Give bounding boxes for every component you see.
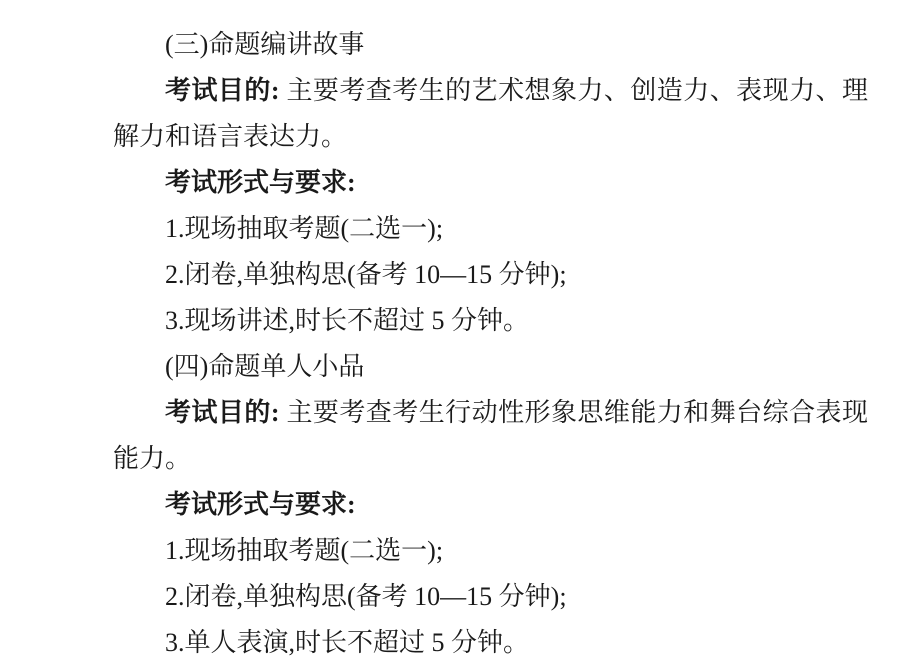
section-4-format-label: 考试形式与要求: [113, 482, 868, 528]
section-4-item-1: 1.现场抽取考题(二选一); [113, 528, 868, 574]
section-3-purpose-paragraph: 考试目的: 主要考查考生的艺术想象力、创造力、表现力、理解力和语言表达力。 [113, 68, 868, 160]
section-3-item-3: 3.现场讲述,时长不超过 5 分钟。 [113, 298, 868, 344]
section-4-item-3: 3.单人表演,时长不超过 5 分钟。 [113, 620, 868, 666]
section-3-item-2: 2.闭卷,单独构思(备考 10—15 分钟); [113, 252, 868, 298]
section-4-purpose-paragraph: 考试目的: 主要考查考生行动性形象思维能力和舞台综合表现能力。 [113, 390, 868, 482]
section-3-item-1: 1.现场抽取考题(二选一); [113, 206, 868, 252]
section-4-heading: (四)命题单人小品 [113, 344, 868, 390]
section-4-purpose-label: 考试目的: [165, 398, 279, 427]
section-3-heading: (三)命题编讲故事 [113, 22, 868, 68]
document-body: (三)命题编讲故事 考试目的: 主要考查考生的艺术想象力、创造力、表现力、理解力… [0, 0, 917, 667]
section-3-format-label: 考试形式与要求: [113, 160, 868, 206]
section-3-purpose-label: 考试目的: [165, 76, 279, 105]
document-page: (三)命题编讲故事 考试目的: 主要考查考生的艺术想象力、创造力、表现力、理解力… [0, 0, 917, 667]
section-4-item-2: 2.闭卷,单独构思(备考 10—15 分钟); [113, 574, 868, 620]
